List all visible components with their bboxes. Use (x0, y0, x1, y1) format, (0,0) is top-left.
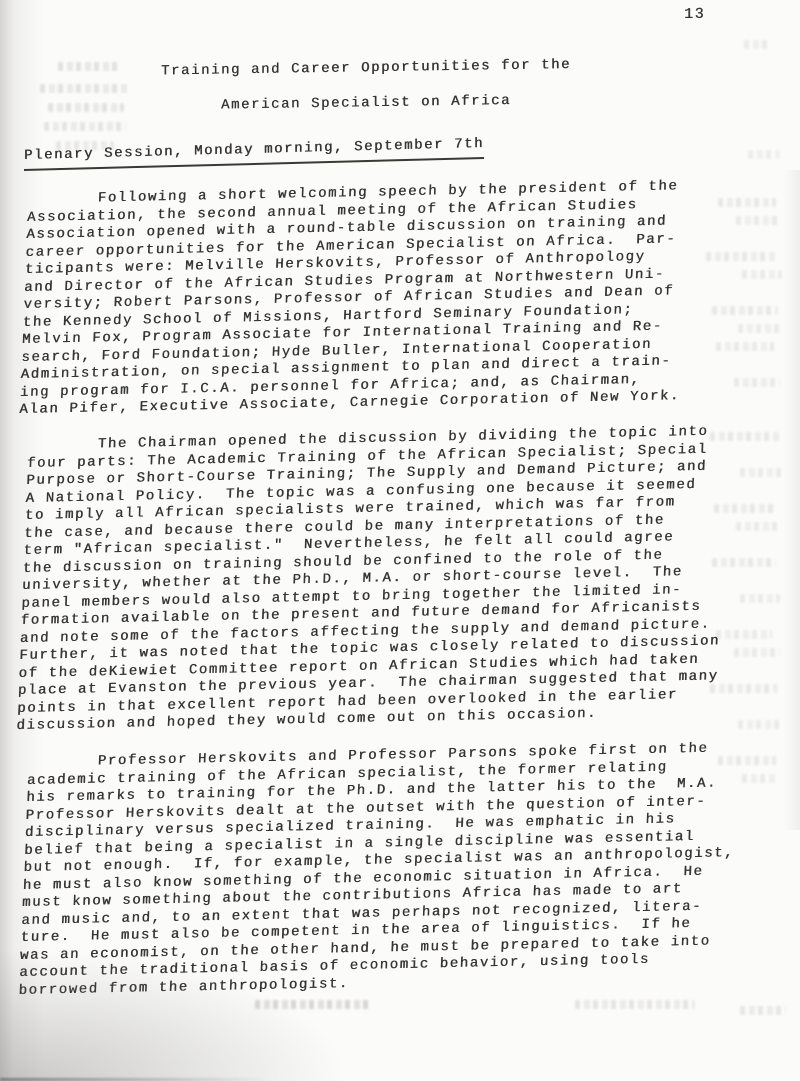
paragraph-herskovits-parsons: Professor Herskovits and Professor Parso… (18, 739, 773, 1000)
bleedthrough-mark (740, 1006, 786, 1015)
bleedthrough-mark (40, 84, 128, 93)
paragraph-participants: Following a short welcoming speech by th… (19, 176, 774, 419)
bleedthrough-mark (44, 122, 126, 131)
bleedthrough-mark (575, 1000, 695, 1009)
scanned-document-page: 13 Training and Career Opportunities for… (0, 0, 800, 1081)
document-title-line-1: Training and Career Opportunities for th… (0, 55, 732, 84)
page-number: 13 (684, 6, 705, 24)
session-heading-underlined: Plenary Session, Monday morning, Septemb… (24, 136, 484, 171)
bleedthrough-mark (255, 1000, 370, 1009)
document-title-line-2: American Specialist on Africa (0, 90, 732, 119)
bleedthrough-mark (738, 720, 782, 729)
paragraph-chairman-topics: The Chairman opened the discussion by di… (16, 422, 774, 735)
bleedthrough-mark (744, 40, 770, 49)
bleedthrough-mark (748, 150, 780, 159)
scan-right-edge-shadow (784, 170, 800, 830)
